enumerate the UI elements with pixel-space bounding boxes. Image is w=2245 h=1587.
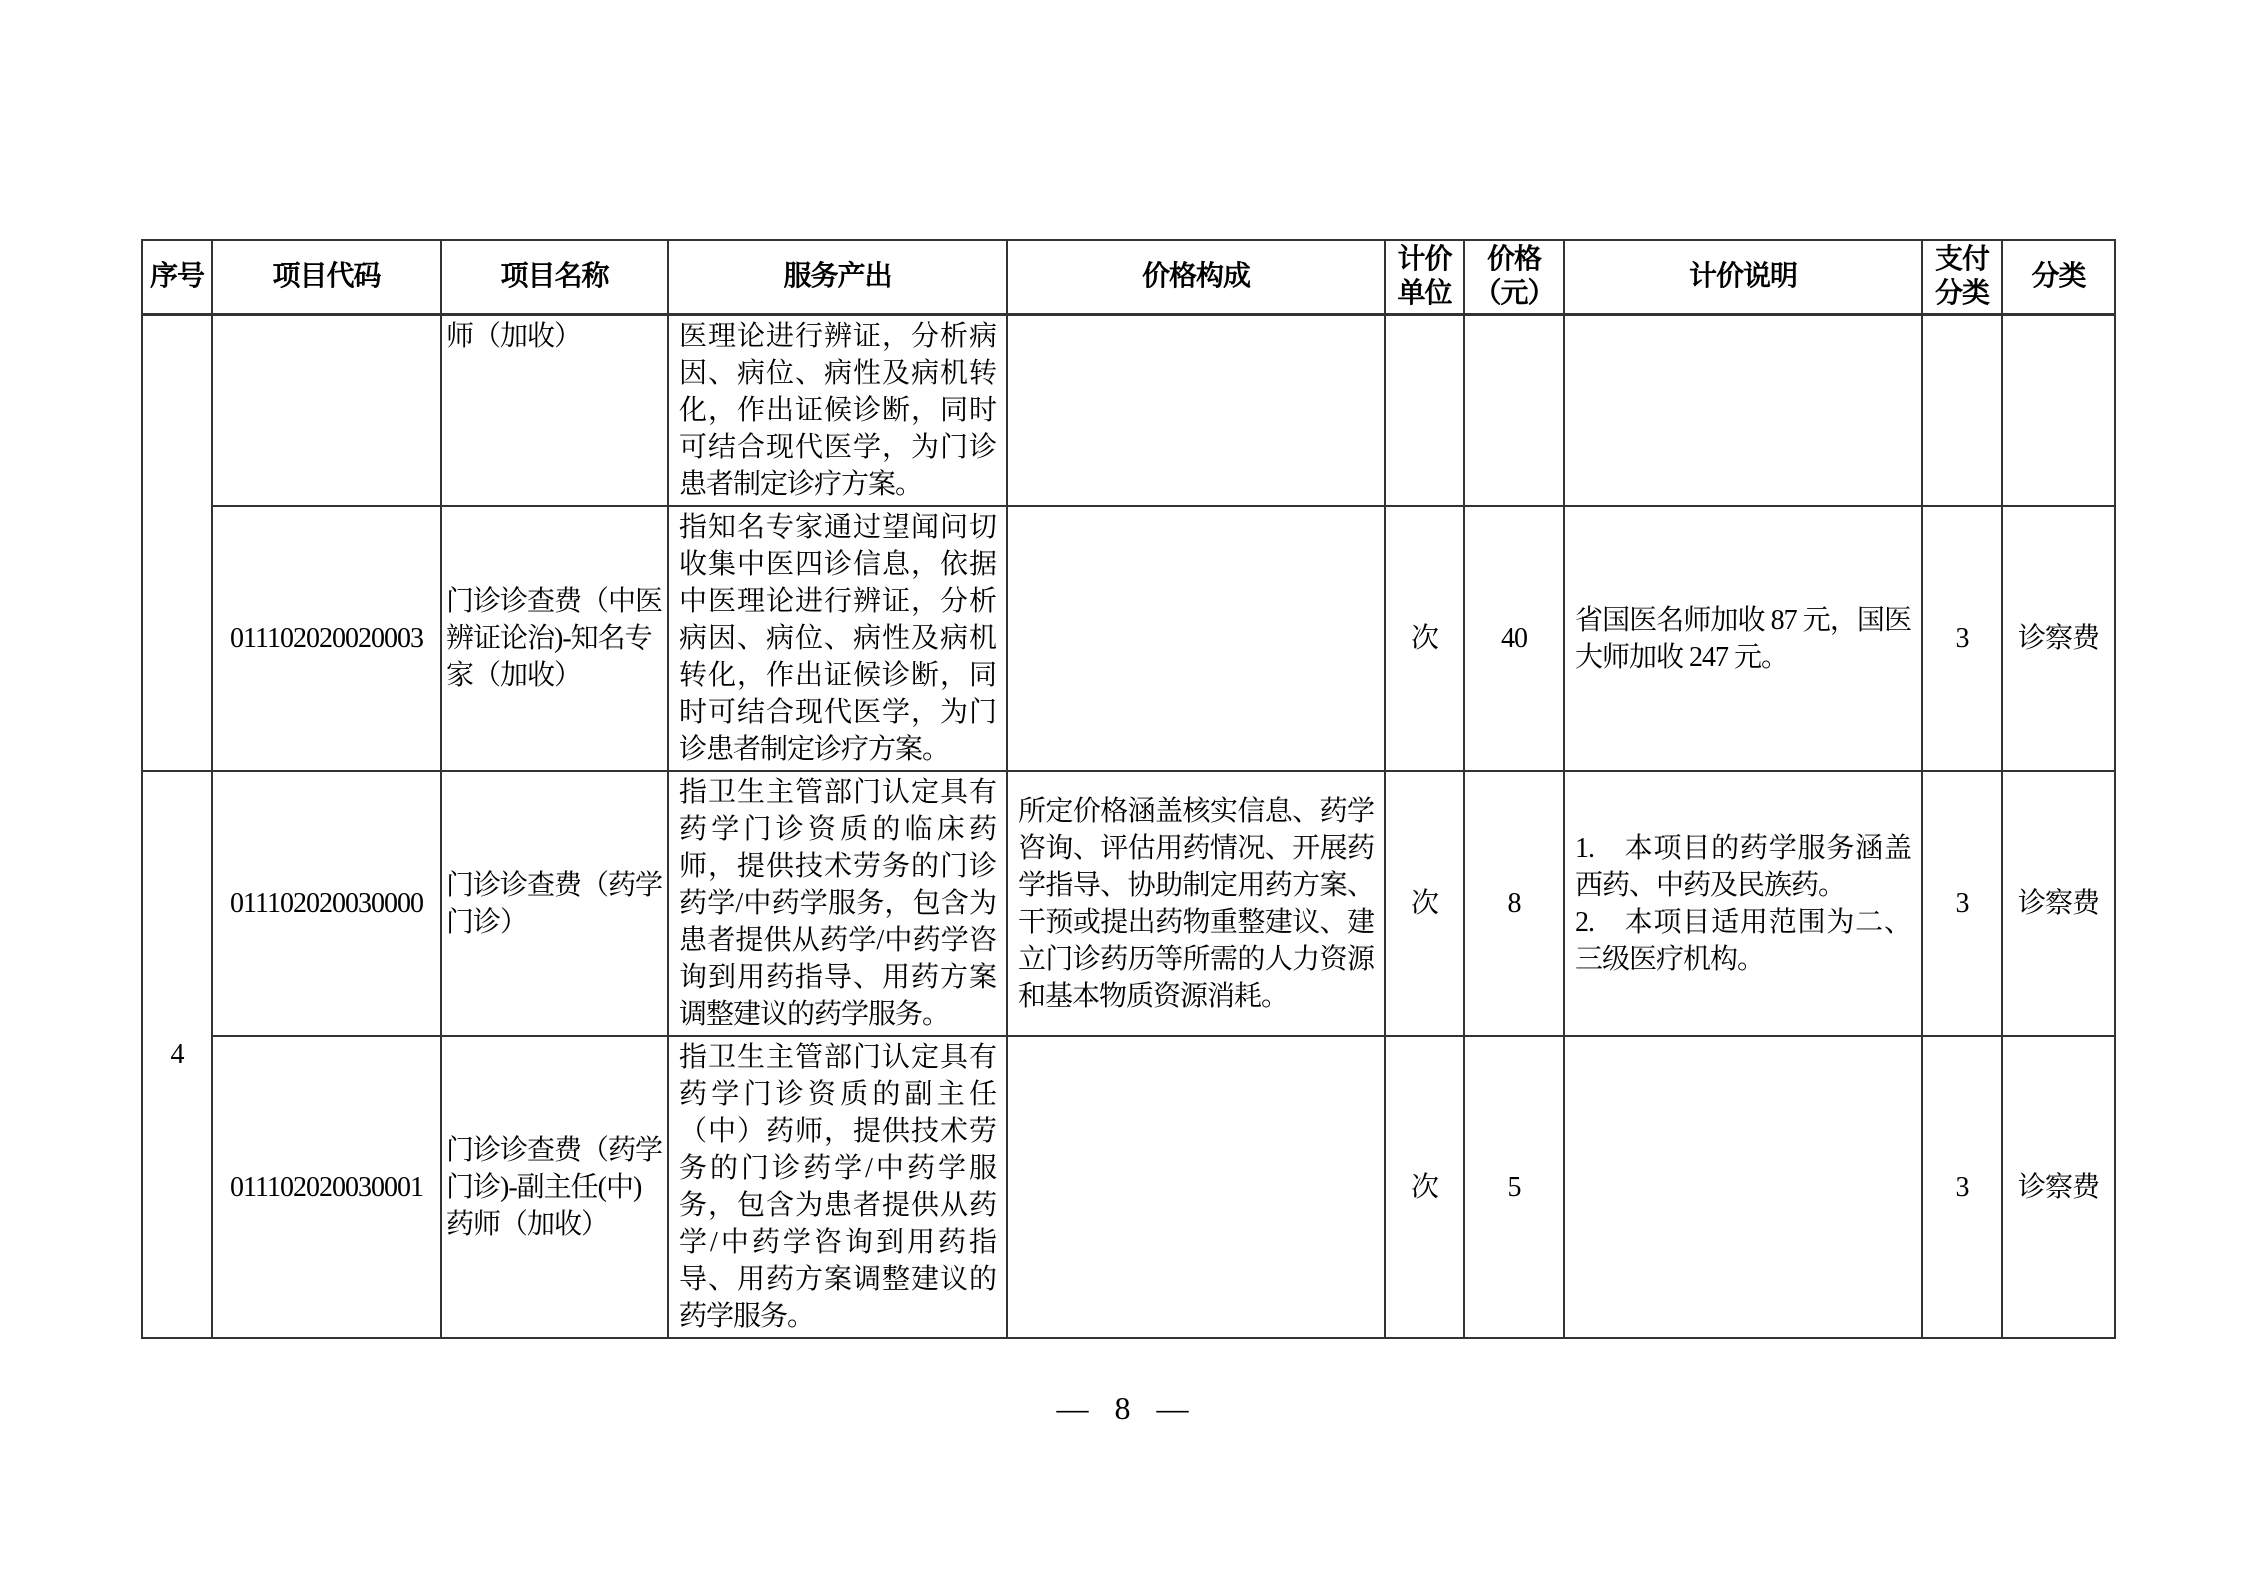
cell-price-composition: 所定价格涵盖核实信息、药学咨询、评估用药情况、开展药学指导、协助制定用药方案、干… xyxy=(1007,771,1385,1036)
header-index: 序号 xyxy=(142,240,212,315)
header-row: 序号 项目代码 项目名称 服务产出 价格构成 计价 单位 价格 （元） 计价说明… xyxy=(142,240,2115,315)
cell-price-composition xyxy=(1007,506,1385,771)
cell-price-composition xyxy=(1007,315,1385,507)
header-pricing-note: 计价说明 xyxy=(1564,240,1922,315)
header-output: 服务产出 xyxy=(668,240,1007,315)
header-payment-class: 支付 分类 xyxy=(1922,240,2002,315)
cell-price-composition xyxy=(1007,1036,1385,1338)
cell-output: 指卫生主管部门认定具有药学门诊资质的临床药师，提供技术劳务的门诊药学/中药学服务… xyxy=(668,771,1007,1036)
cell-unit: 次 xyxy=(1385,1036,1464,1338)
cell-unit: 次 xyxy=(1385,506,1464,771)
cell-index-merged-empty xyxy=(142,315,212,772)
cell-category: 诊察费 xyxy=(2002,771,2115,1036)
cell-category: 诊察费 xyxy=(2002,506,2115,771)
cell-index: 4 xyxy=(142,771,212,1338)
cell-pricing-note xyxy=(1564,1036,1922,1338)
cell-output: 指知名专家通过望闻问切收集中医四诊信息，依据中医理论进行辨证，分析病因、病位、病… xyxy=(668,506,1007,771)
cell-pricing-note: 省国医名师加收 87 元，国医大师加收 247 元。 xyxy=(1564,506,1922,771)
cell-pricing-note: 1. 本项目的药学服务涵盖西药、中药及民族药。 2. 本项目适用范围为二、三级医… xyxy=(1564,771,1922,1036)
table-row: 011102020030001 门诊诊查费（药学门诊)-副主任(中)药师（加收）… xyxy=(142,1036,2115,1338)
cell-code xyxy=(212,315,441,507)
cell-name: 师（加收） xyxy=(441,315,668,507)
cell-payment-class: 3 xyxy=(1922,506,2002,771)
cell-payment-class: 3 xyxy=(1922,1036,2002,1338)
table-row-continuation: 师（加收） 医理论进行辨证，分析病因、病位、病性及病机转化，作出证候诊断，同时可… xyxy=(142,315,2115,507)
header-unit: 计价 单位 xyxy=(1385,240,1464,315)
cell-name: 门诊诊查费（中医辨证论治)-知名专家（加收） xyxy=(441,506,668,771)
cell-output: 医理论进行辨证，分析病因、病位、病性及病机转化，作出证候诊断，同时可结合现代医学… xyxy=(668,315,1007,507)
cell-payment-class: 3 xyxy=(1922,771,2002,1036)
cell-pricing-note xyxy=(1564,315,1922,507)
cell-price xyxy=(1464,315,1564,507)
header-price-composition: 价格构成 xyxy=(1007,240,1385,315)
cell-unit xyxy=(1385,315,1464,507)
cell-code: 011102020030000 xyxy=(212,771,441,1036)
cell-name: 门诊诊查费（药学门诊)-副主任(中)药师（加收） xyxy=(441,1036,668,1338)
price-table: 序号 项目代码 项目名称 服务产出 价格构成 计价 单位 价格 （元） 计价说明… xyxy=(141,239,2116,1339)
header-name: 项目名称 xyxy=(441,240,668,315)
cell-name: 门诊诊查费（药学门诊） xyxy=(441,771,668,1036)
document-page: 序号 项目代码 项目名称 服务产出 价格构成 计价 单位 价格 （元） 计价说明… xyxy=(0,0,2245,1587)
header-code: 项目代码 xyxy=(212,240,441,315)
cell-price: 5 xyxy=(1464,1036,1564,1338)
page-number: — 8 — xyxy=(0,1390,2245,1427)
cell-code: 011102020020003 xyxy=(212,506,441,771)
header-price: 价格 （元） xyxy=(1464,240,1564,315)
cell-category xyxy=(2002,315,2115,507)
cell-code: 011102020030001 xyxy=(212,1036,441,1338)
cell-price: 40 xyxy=(1464,506,1564,771)
cell-price: 8 xyxy=(1464,771,1564,1036)
cell-output: 指卫生主管部门认定具有药学门诊资质的副主任（中）药师，提供技术劳务的门诊药学/中… xyxy=(668,1036,1007,1338)
cell-payment-class xyxy=(1922,315,2002,507)
header-category: 分类 xyxy=(2002,240,2115,315)
table-row: 4 011102020030000 门诊诊查费（药学门诊） 指卫生主管部门认定具… xyxy=(142,771,2115,1036)
cell-unit: 次 xyxy=(1385,771,1464,1036)
cell-category: 诊察费 xyxy=(2002,1036,2115,1338)
table-row: 011102020020003 门诊诊查费（中医辨证论治)-知名专家（加收） 指… xyxy=(142,506,2115,771)
